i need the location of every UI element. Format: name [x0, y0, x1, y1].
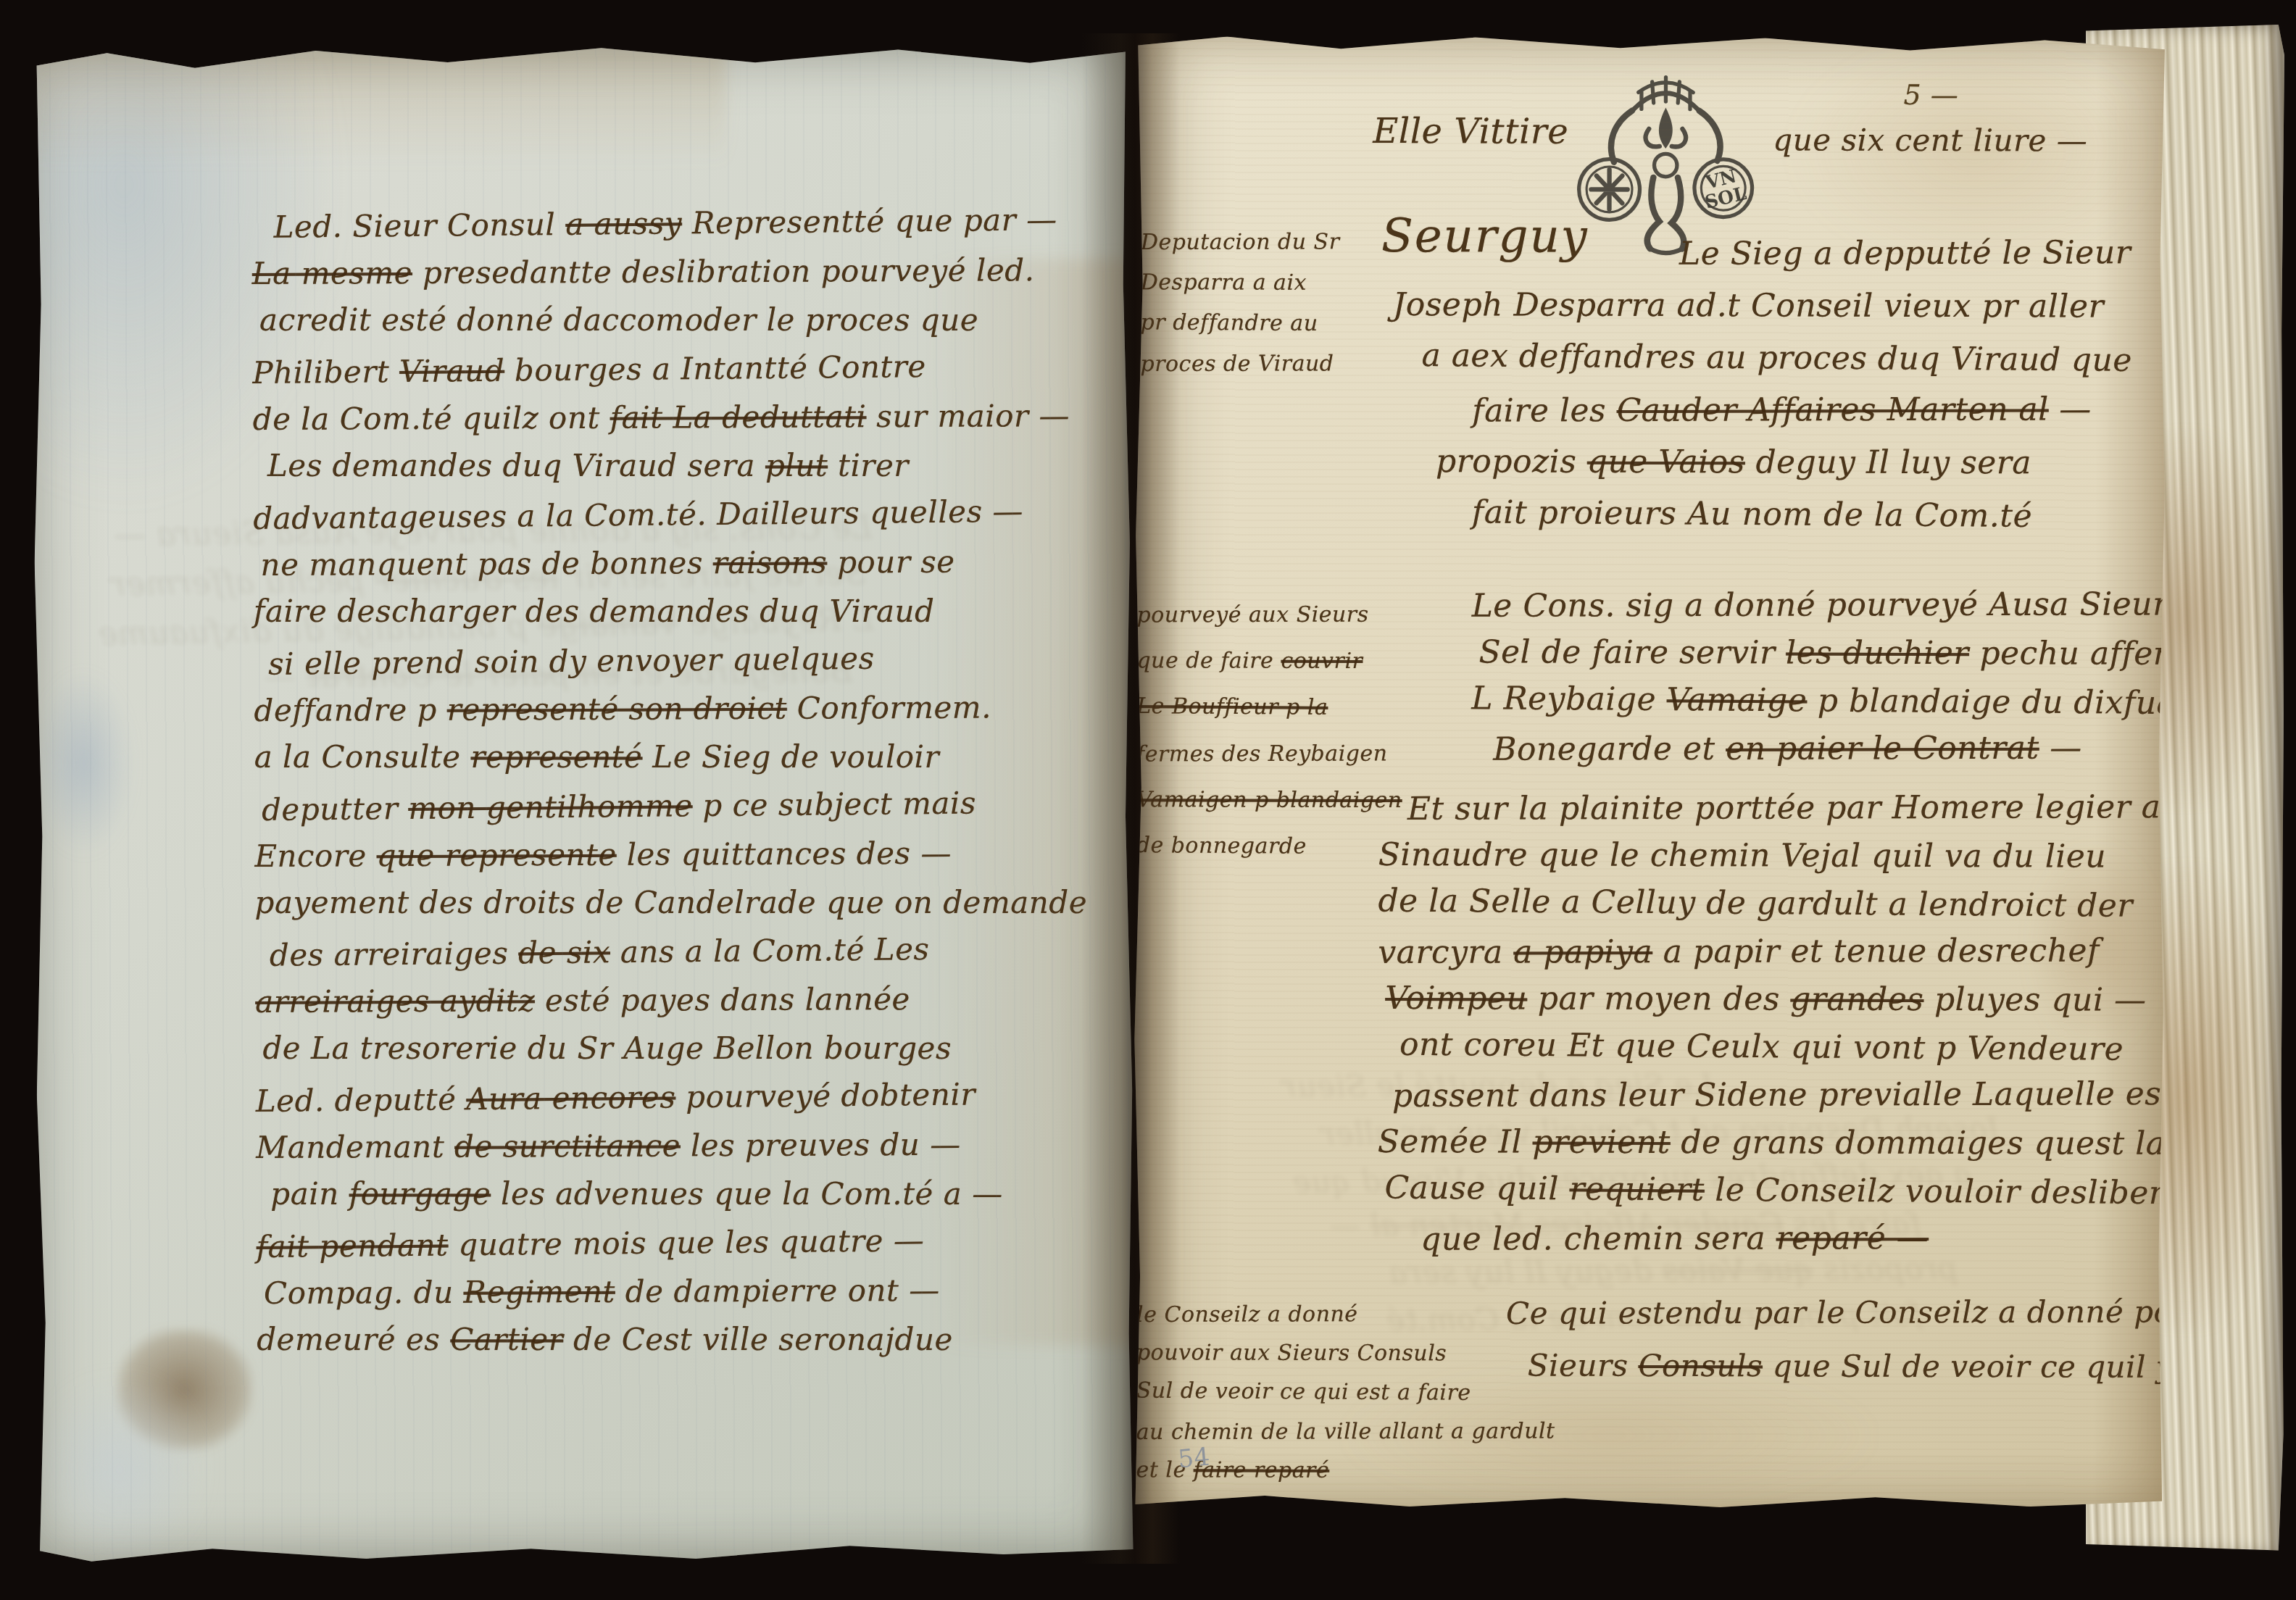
entry-farms-text: Le Cons. sig a donné pourveyé Ausa Sieur…	[1471, 580, 2168, 774]
handwritten-text: fait proieurs Au nom de la Com.té	[1472, 493, 2033, 534]
manuscript-line: Le Cons. sig a donné pourveyé Ausa Sieur…	[75, 504, 873, 559]
handwritten-text: Encore	[254, 838, 377, 874]
manuscript-line: Le Cons. sig a donné pourveyé Ausa Sieur…	[1472, 580, 2168, 630]
handwritten-text: deguy Il luy sera	[1389, 1253, 1663, 1291]
manuscript-line: passent dans leur Sidene previalle Laque…	[1378, 1070, 2218, 1120]
manuscript-line: faire les Cauder Affaires Marten al —	[1392, 383, 2175, 438]
struck-through-text: Cartier	[450, 1322, 563, 1357]
handwritten-text: Led. Sieur Consul	[273, 207, 565, 245]
manuscript-line: Voimpeu par moyen des grandes pluyes qui…	[1378, 975, 2218, 1025]
handwritten-text: faire descharger des demandes duq Viraud	[254, 593, 935, 629]
folio-number: 5 —	[1903, 79, 1958, 111]
handwritten-text: ne manquent pas de bonnes	[260, 545, 712, 583]
handwritten-text: Le Cons. sig a donné pourveyé Ausa Sieur…	[113, 509, 872, 553]
manuscript-line: Sel de faire servir les duchier pechu af…	[1471, 628, 2167, 678]
right-page: Le Sieg a depputté le SieurJoseph Despar…	[1130, 32, 2168, 1516]
revenue-stamp: VN SOL	[1574, 70, 1758, 260]
manuscript-line: le Conseilz a donné	[1136, 1294, 1644, 1335]
handwritten-text: demeuré es	[257, 1322, 450, 1357]
struck-through-text: requiert	[1569, 1170, 1705, 1208]
stamp-text-sol: SOL	[1702, 182, 1749, 213]
manuscript-line: Cause quil requiert le Conseilz vouloir …	[1377, 1164, 2218, 1217]
handwritten-text: Les demandes duq Viraud sera	[267, 448, 765, 483]
struck-through-text: previent	[1533, 1124, 1671, 1161]
manuscript-line: ne manquent pas de bonnes raisons pour s…	[253, 537, 1101, 589]
handwritten-text: —	[1329, 1207, 1370, 1243]
handwritten-text: Le Cons. sig a donné pourveyé Ausa Sieur…	[1472, 586, 2231, 625]
manuscript-line: Led. deputté Aura encores pourveyé dobte…	[255, 1069, 1104, 1125]
manuscript-line: Bonegarde et en paier le Contrat —	[77, 647, 875, 703]
handwritten-text: dadvantageuses a la Com.té. Dailleurs qu…	[253, 493, 1023, 536]
stamp-text-vn: VN	[1702, 164, 1738, 193]
handwritten-text: Representté que par —	[682, 201, 1057, 241]
manuscript-line: fait proieurs Au nom de la Com.té	[1276, 1290, 2002, 1345]
manuscript-line: Philibert Viraud bourges a Intantté Cont…	[252, 341, 1101, 397]
struck-through-text: que represente	[377, 837, 617, 873]
handwritten-text: Conformem.	[787, 690, 991, 726]
manuscript-line: a aex deffandres au proces duq Viraud qu…	[1392, 330, 2175, 388]
handwritten-text: pour se	[827, 544, 955, 580]
struck-through-text: en paier le Contrat	[1726, 730, 2039, 767]
manuscript-line: faire descharger des demandes duq Viraud	[254, 587, 1102, 636]
manuscript-line: de La tresorerie du Sr Auge Bellon bourg…	[255, 1024, 1103, 1072]
handwritten-text: au chemin de la ville allant a gardult	[1136, 1418, 1555, 1445]
manuscript-line: deputter mon gentilhomme p ce subject ma…	[254, 778, 1103, 834]
handwritten-text: faire les	[1472, 392, 1616, 430]
handwritten-text: bourges a Intantté Contre	[504, 349, 926, 388]
struck-through-text: a papiya	[1513, 933, 1652, 971]
handwritten-text: deputter	[262, 791, 409, 828]
handwritten-text: les quittances des —	[617, 836, 952, 872]
manuscript-line: faire les Cauder Affaires Marten al —	[1276, 1201, 2001, 1249]
stain	[115, 1328, 254, 1451]
handwritten-text: Led. deputté	[256, 1081, 467, 1119]
handwritten-text: acredit esté donné daccomoder le proces …	[259, 302, 978, 338]
manuscript-line: de la Com.té quilz ont fait La deduttati…	[253, 391, 1101, 443]
handwritten-text: Bonegarde et	[620, 653, 853, 692]
struck-through-text: Vamaige	[538, 604, 679, 644]
struck-through-text: en paier le Contrat	[306, 655, 620, 695]
struck-through-text: couvrir	[1281, 649, 1363, 674]
struck-through-text: fait La deduttati	[610, 399, 867, 436]
struck-through-text: Voimpeu	[1385, 980, 1527, 1017]
manuscript-line: Le Sieg a depputté le Sieur	[1275, 1062, 2000, 1110]
bleed-through-text: Le Cons. sig a donné pourveyé Ausa Sieur…	[75, 502, 875, 705]
header-phrase-continued: que six cent liure —	[1773, 122, 2087, 158]
struck-through-text: Regiment	[463, 1274, 615, 1310]
handwritten-text: quatre mois que les quatre —	[448, 1222, 924, 1262]
manuscript-line: a la Consulte representé Le Sieg de voul…	[254, 733, 1102, 781]
handwritten-text: Le Sieg a depputté le Sieur	[1679, 234, 2131, 272]
struck-through-text: arreiraiges ayditz	[255, 983, 535, 1020]
handwritten-text: sur maior —	[866, 398, 1070, 434]
stain	[2030, 846, 2161, 1049]
handwritten-text: que de faire	[1136, 648, 1281, 674]
struck-through-text: de six	[518, 934, 610, 970]
manuscript-line: a aex deffandres au proces duq Viraud qu…	[1276, 1151, 2001, 1206]
manuscript-line: dadvantageuses a la Com.té. Dailleurs qu…	[253, 486, 1102, 543]
handwritten-text: le Conseilz vouloir desliberer	[1705, 1172, 2200, 1212]
handwritten-text: p blandaige du dixfuaume	[98, 607, 538, 653]
handwritten-text: a la Consulte	[254, 739, 471, 775]
handwritten-text: les preuves du —	[681, 1127, 961, 1164]
struck-through-text: mon gentilhomme	[408, 788, 693, 826]
struck-through-text: Aura encores	[466, 1079, 676, 1117]
handwritten-text: Et sur la plainite porttée par Homere le…	[1407, 788, 2161, 828]
struck-through-text: Vamaige	[1667, 681, 1808, 719]
manuscript-line: deffandre p representé son droict Confor…	[254, 683, 1102, 735]
handwritten-text: payement des droits de Candelrade que on…	[255, 885, 1088, 920]
stamp-figure-head	[1654, 154, 1677, 177]
struck-through-text: Viraud	[399, 353, 505, 389]
margin-note-farms: pourveyé aux Sieursque de faire couvrirL…	[1136, 591, 1500, 870]
stamp-crown-icon	[1634, 93, 1697, 109]
stain	[30, 44, 344, 509]
manuscript-line: arreiraiges ayditz esté payes dans lanné…	[255, 974, 1103, 1026]
manuscript-line: et le faire reparé	[1136, 1451, 1643, 1491]
bleed-through-text: Le Sieg a depputté le SieurJoseph Despar…	[1275, 1059, 2002, 1343]
manuscript-line: Encore que represente les quittances des…	[254, 828, 1102, 880]
manuscript-line: Desparra a aix	[1141, 262, 1387, 304]
handwritten-text: a aex deffandres au proces duq Viraud qu…	[1421, 337, 2132, 379]
handwritten-text: des arreiraiges	[270, 936, 519, 973]
manuscript-line: Les demandes duq Viraud sera plut tirer	[253, 441, 1101, 490]
stamp-right-medallion	[1694, 159, 1752, 217]
manuscript-line: payement des droits de Candelrade que on…	[255, 878, 1103, 927]
handwritten-text: —	[263, 658, 306, 696]
handwritten-text: pechu affermer	[110, 562, 375, 603]
handwritten-text: Mandemant	[256, 1129, 454, 1165]
left-page: Le Cons. sig a donné pourveyé Ausa Sieur…	[30, 41, 1135, 1567]
handwritten-text: de dampierre ont —	[615, 1272, 940, 1309]
handwritten-text: Le Sieg a depputté le Sieur	[1281, 1067, 1713, 1104]
manuscript-line: Sel de faire servir les duchier pechu af…	[75, 549, 873, 609]
struck-through-text: de surctitance	[454, 1128, 681, 1164]
handwritten-text: Cause quil	[1384, 1170, 1569, 1208]
handwritten-text: pourveyé dobtenir	[675, 1077, 976, 1115]
handwritten-text: propozis	[1436, 443, 1587, 480]
handwritten-text: Sul de veoir ce qui est a faire	[1136, 1378, 1471, 1406]
handwritten-text: Sel de faire servir	[1478, 633, 1786, 671]
struck-through-text: les duchier	[375, 559, 559, 599]
handwritten-text: Bonegarde et	[1493, 730, 1726, 768]
struck-through-text: representé son droict	[447, 691, 787, 728]
handwritten-text: de La tresorerie du Sr Auge Bellon bourg…	[262, 1030, 952, 1066]
manuscript-line: Sul de veoir ce qui est a faire	[1136, 1372, 1644, 1414]
handwritten-text: fermes des Reybaigen	[1136, 741, 1388, 767]
handwritten-text: de la Selle a Celluy de gardult a lendro…	[1378, 882, 2133, 924]
entry-resolution-text: Ce qui estendu par le Conseilz a donné p…	[1506, 1285, 2173, 1393]
handwritten-text: Semée Il	[1378, 1123, 1533, 1161]
manuscript-line: que de faire couvrir	[1136, 638, 1499, 685]
stain	[36, 1378, 203, 1560]
handwritten-text: Compag. du	[264, 1275, 464, 1311]
struck-through-text: a aussy	[565, 205, 682, 242]
handwritten-text: fait proieurs Au nom de la Com.té	[1386, 1296, 1922, 1338]
manuscript-line: Led. Sieur Consul a aussy Representté qu…	[251, 195, 1100, 251]
handwritten-text: propozis	[1813, 1251, 1958, 1288]
entry-deputation-text: Le Sieg a depputté le SieurJoseph Despar…	[1392, 227, 2176, 542]
handwritten-text: a papir et tenue desrechef	[1652, 932, 2100, 970]
struck-through-text: Consuls	[1638, 1348, 1763, 1383]
manuscript-line: que led. chemin sera reparé —	[1377, 1214, 2218, 1264]
handwritten-text: ont coreu Et que Ceulx qui vont p Vendeu…	[1399, 1026, 2124, 1068]
handwritten-text: Le Sieg de vouloir	[642, 739, 939, 775]
handwritten-text: —	[2049, 391, 2092, 428]
stain	[1347, 1366, 1869, 1505]
struck-through-text: raisons	[713, 545, 828, 581]
manuscript-line: fait pendant quatre mois que les quatre …	[256, 1214, 1105, 1271]
handwritten-text: par moyen des	[1527, 980, 1790, 1018]
entry-opening-word: Seurguy	[1381, 209, 1589, 264]
manuscript-line: Joseph Desparra ad.t Conseil vieux pr al…	[1393, 279, 2176, 333]
handwritten-text: et le	[1136, 1457, 1193, 1483]
handwritten-text: pain	[270, 1176, 349, 1212]
struck-through-text: Cauder Affaires Marten al	[1617, 391, 2049, 430]
struck-through-text: faire reparé	[1194, 1457, 1330, 1483]
struck-through-text: reparé —	[1776, 1220, 1929, 1257]
handwritten-text: Philibert	[252, 354, 399, 391]
manuscript-line: de la Selle a Celluy de gardult a lendro…	[1378, 877, 2218, 930]
manuscript-line: fait proieurs Au nom de la Com.té	[1392, 486, 2175, 544]
manuscript-line: propozis que Vaios deguy Il luy sera	[1276, 1245, 2001, 1297]
handwritten-text: esté payes dans lannée	[535, 981, 910, 1018]
manuscript-line: acredit esté donné daccomoder le proces …	[252, 296, 1100, 344]
manuscript-line: proces de Viraud	[1140, 343, 1386, 385]
entry-road-complaint-text: Et sur la plainite porttée par Homere le…	[1377, 783, 2219, 1264]
handwritten-text: p ce subject mais	[692, 785, 976, 823]
manuscript-line: des arreiraiges de six ans a la Com.té L…	[255, 923, 1104, 980]
manuscript-line: varcyra a papiya a papir et tenue desrec…	[1378, 927, 2218, 977]
manuscript-line: fermes des Reybaigen	[1136, 730, 1499, 778]
handwritten-text: pouvoir aux Sieurs Consuls	[1136, 1340, 1447, 1366]
manuscript-line: ont coreu Et que Ceulx qui vont p Vendeu…	[1378, 1020, 2218, 1074]
pencil-folio-number: 54	[1177, 1443, 1211, 1475]
handwritten-text: de la Com.té quilz ont	[253, 400, 610, 437]
stain	[2092, 35, 2168, 1516]
handwritten-text: les advenues que la Com.té a —	[491, 1176, 1002, 1212]
manuscript-line: Sieurs Consuls que Sul de veoir ce quil …	[1506, 1338, 2173, 1393]
manuscript-line: pouvoir aux Sieurs Consuls	[1136, 1333, 1644, 1374]
manuscript-line: L Reybaige Vamaige p blandaige du dixfua…	[1471, 675, 2167, 728]
handwritten-text: pourveyé aux Sieurs	[1137, 602, 1369, 628]
struck-through-text: plut	[765, 448, 828, 483]
handwritten-text: Sinaudre que le chemin Vejal quil va du …	[1378, 836, 2107, 875]
handwritten-text: passent dans leur Sidene previalle Laque…	[1392, 1075, 2229, 1114]
handwritten-text: —	[2039, 730, 2082, 767]
manuscript-line: pain fourgage les advenues que la Com.té…	[256, 1170, 1104, 1218]
struck-through-text: fait pendant	[256, 1227, 448, 1264]
manuscript-line: Bonegarde et en paier le Contrat —	[1471, 724, 2167, 774]
struck-through-text: grandes	[1790, 981, 1923, 1018]
handwritten-text: le Conseilz a donné	[1136, 1301, 1358, 1328]
handwritten-text: L Reybaige	[678, 601, 873, 641]
struck-through-text: que Vaios	[1587, 443, 1745, 481]
manuscript-line: Le Sieg a depputté le Sieur	[1393, 227, 2176, 281]
manuscript-line: Vamaigen p blandaigen	[1136, 777, 1499, 824]
manuscript-line: de bonnegarde	[1136, 822, 1499, 871]
stain	[30, 43, 726, 169]
handwritten-text: a aex deffandres au proces duq Viraud qu…	[1292, 1156, 1971, 1199]
stamp-left-medallion	[1579, 159, 1640, 220]
handwritten-text: ans a la Com.té Les	[610, 931, 930, 970]
handwritten-text: Sieurs	[1528, 1348, 1639, 1383]
stamp-fleur-de-lis-icon	[1659, 107, 1673, 149]
stain	[927, 259, 1135, 1346]
stain	[33, 669, 135, 858]
handwritten-text: deffandre p	[254, 692, 447, 728]
manuscript-line: Compag. du Regiment de dampierre ont —	[257, 1265, 1105, 1317]
handwritten-text: pluyes qui —	[1923, 981, 2146, 1019]
manuscript-line: pr deffandre au	[1140, 302, 1386, 344]
manuscript-line: La mesme presedantte deslibration pourve…	[252, 246, 1100, 298]
handwritten-text: L Reybaige	[1471, 680, 1667, 718]
manuscript-line: Le Bouffieur p la	[1136, 683, 1499, 732]
manuscript-line: propozis que Vaios deguy Il luy sera	[1392, 436, 2175, 490]
handwritten-text: faire les	[1783, 1206, 1921, 1241]
struck-through-text: que Vaios	[1662, 1251, 1813, 1288]
struck-through-text: La mesme	[252, 255, 412, 291]
handwritten-text: que led. chemin sera	[1421, 1220, 1776, 1258]
handwritten-text: proces de Viraud	[1140, 351, 1334, 377]
handwritten-text: deguy Il luy sera	[1745, 443, 2031, 481]
struck-through-text: representé	[471, 739, 643, 775]
manuscript-line: Joseph Desparra ad.t Conseil vieux pr al…	[1275, 1106, 2000, 1158]
handwritten-text: de Cest ville seronajdue	[563, 1322, 953, 1357]
struck-through-text: Le Bouffieur p la	[1136, 693, 1328, 720]
left-page-text: Led. Sieur Consul a aussy Representté qu…	[251, 197, 1105, 1366]
struck-through-text: fourgage	[349, 1176, 491, 1212]
handwritten-text: de grans dommaiges quest la	[1671, 1124, 2166, 1162]
manuscript-line: si elle prend soin dy envoyer quelques	[254, 632, 1102, 688]
manuscript-line: Semée Il previent de grans dommaiges que…	[1378, 1118, 2218, 1168]
handwritten-text: pr deffandre au	[1141, 309, 1318, 336]
manuscript-line: Deputacion du Sr	[1141, 222, 1387, 263]
stain	[1786, 33, 2163, 266]
handwritten-text: Desparra a aix	[1141, 270, 1307, 296]
struck-through-text: Vamaigen p blandaigen	[1136, 787, 1402, 813]
manuscript-line: Ce qui estendu par le Conseilz a donné p…	[1506, 1285, 2173, 1340]
handwritten-text: varcyra	[1378, 934, 1513, 971]
manuscript-line: Mandemant de surctitance les preuves du …	[256, 1120, 1104, 1172]
struck-through-text: les duchier	[1786, 634, 1969, 672]
handwritten-text: Joseph Desparra ad.t Conseil vieux pr al…	[1320, 1111, 2000, 1151]
handwritten-text: de bonnegarde	[1136, 833, 1307, 859]
handwritten-text: tirer	[828, 448, 909, 483]
manuscript-photo: Le Cons. sig a donné pourveyé Ausa Sieur…	[0, 0, 2296, 1600]
manuscript-line: pourveyé aux Sieurs	[1136, 591, 1499, 638]
header-phrase: Elle Vittire	[1373, 111, 1568, 152]
handwritten-text: si elle prend soin dy envoyer quelques	[268, 641, 875, 682]
manuscript-line: Sinaudre que le chemin Vejal quil va du …	[1378, 831, 2219, 881]
manuscript-line: au chemin de la ville allant a gardult	[1136, 1412, 1644, 1452]
manuscript-line: demeuré es Cartier de Cest ville seronaj…	[257, 1315, 1105, 1364]
manuscript-line: L Reybaige Vamaige p blandaige du dixfua…	[76, 596, 874, 659]
struck-through-text: Cauder Affaires Marten al	[1370, 1206, 1784, 1242]
handwritten-text: Sel de faire servir	[558, 555, 865, 596]
handwritten-text: presedantte deslibration pourveyé led.	[412, 252, 1035, 291]
margin-note-resolution: le Conseilz a donnépouvoir aux Sieurs Co…	[1136, 1294, 1644, 1491]
margin-note-deputation: Deputacion du SrDesparra a aixpr deffand…	[1140, 222, 1387, 385]
handwritten-text: Deputacion du Sr	[1141, 229, 1340, 255]
handwritten-text: Joseph Desparra ad.t Conseil vieux pr al…	[1393, 286, 2104, 325]
manuscript-line: Et sur la plainite porttée par Homere le…	[1378, 783, 2219, 833]
